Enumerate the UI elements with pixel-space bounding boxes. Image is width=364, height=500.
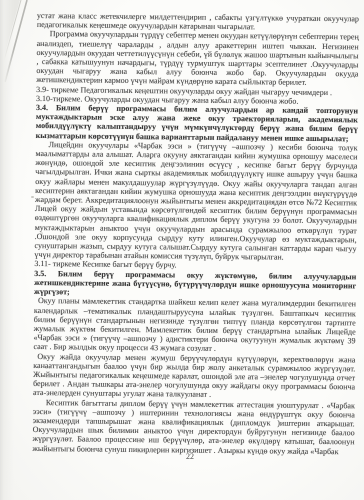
scanned-page: устат жана класс жетекчилерге милдеттенд…: [0, 0, 364, 500]
paragraph-lyceum-students: Лицейдин окуучулары «Чарбак ээси » (тигү…: [34, 140, 357, 263]
document-text: устат жана класс жетекчилерге милдеттенд…: [32, 11, 359, 456]
scan-speck: [31, 196, 34, 198]
paragraph-state-attestation: Кесиптик багыттагы диплом берүү үчүн мам…: [32, 398, 355, 457]
section-heading-3-4: 3.4. Билим берүү программасы билим алууч…: [36, 103, 358, 143]
section-heading-3-5: 3.5. Билим берүү программасы окуу жүктөм…: [34, 269, 356, 300]
paragraph-employer-survey: Окуу жайда окуучулар менен жумуш берүүчү…: [33, 351, 355, 400]
page-number: 22: [8, 452, 364, 461]
paragraph-curriculum-plan: Окуу планы мамлекеттик стандартка шайкеш…: [33, 296, 356, 355]
paragraph-program-analysis: Программа окуучулардын түрдүү себептер м…: [36, 29, 359, 88]
